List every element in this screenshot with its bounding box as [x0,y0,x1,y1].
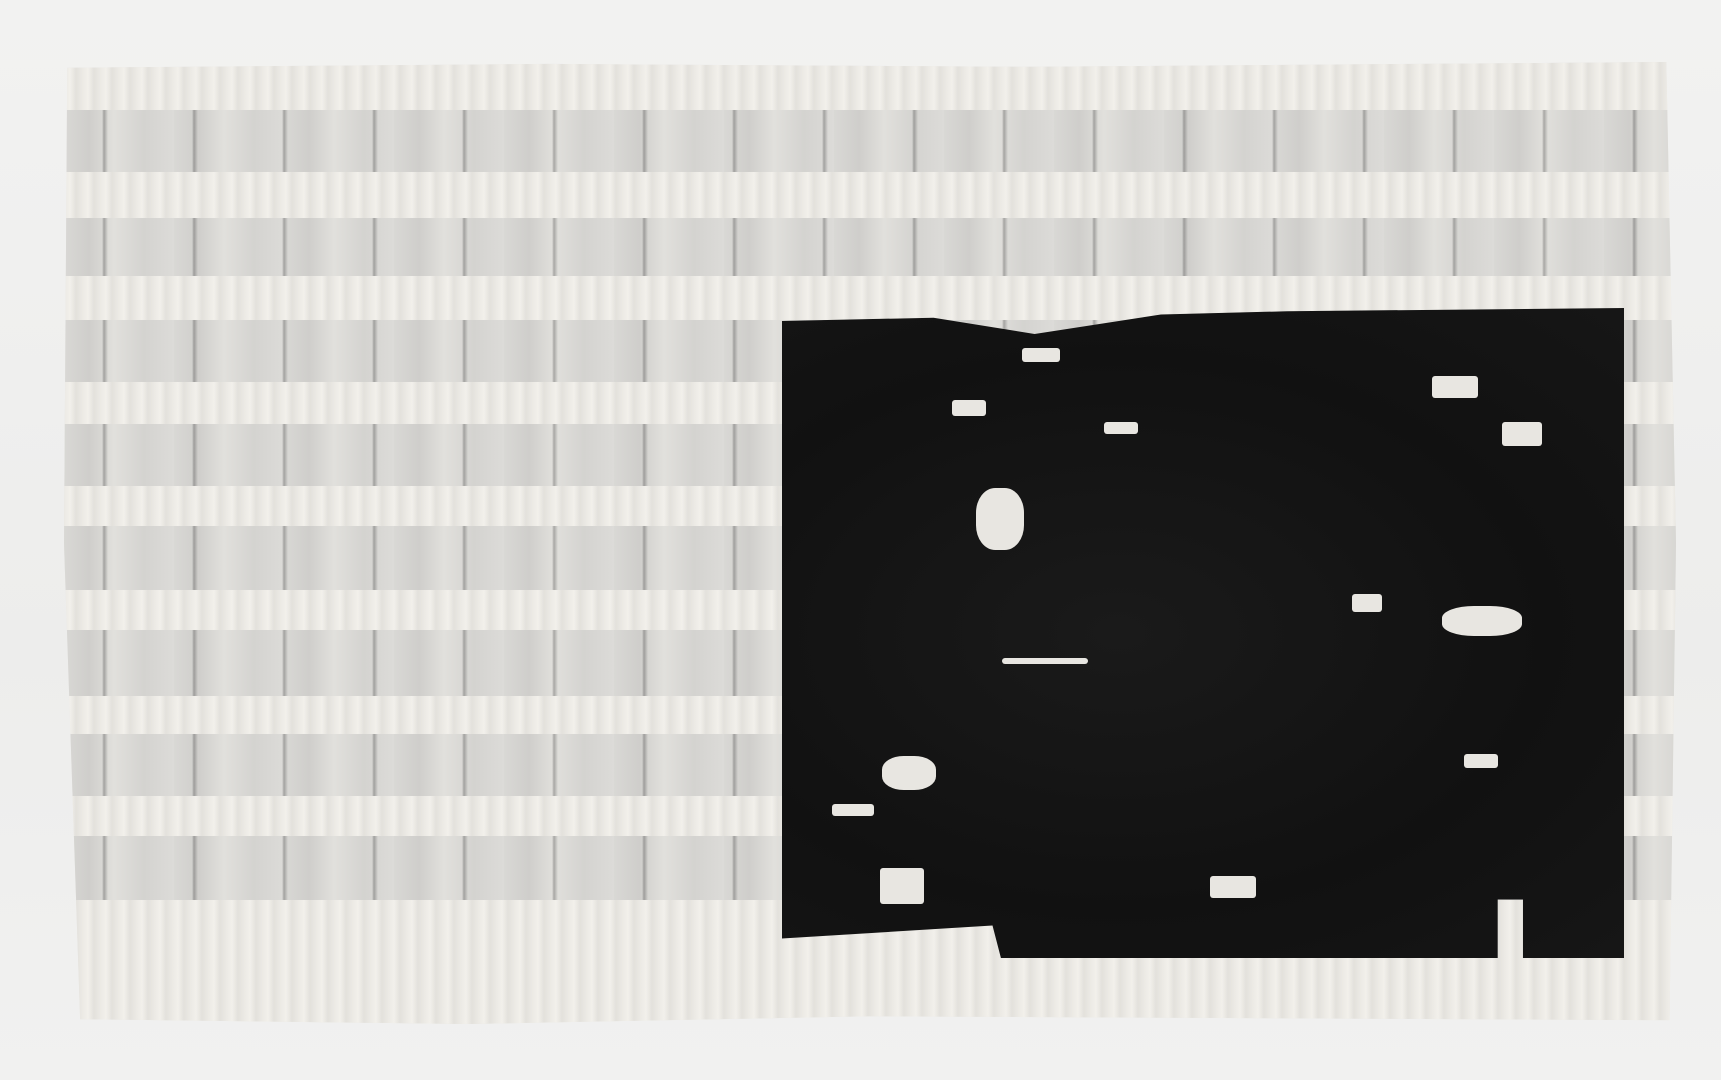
charcoal-band [64,110,1676,172]
torn-hole [952,400,986,416]
torn-hole [882,756,936,790]
torn-hole [1502,422,1542,446]
torn-hole [1432,376,1478,398]
torn-hole [1022,348,1060,362]
charcoal-band [64,218,1676,276]
black-fabric-panel [782,308,1624,958]
torn-hole [832,804,874,816]
plain-band [64,62,1676,110]
torn-hole [880,868,924,904]
torn-hole [1210,876,1256,898]
stitched-slit [1002,658,1088,664]
torn-hole [1104,422,1138,434]
torn-hole [1442,606,1522,636]
torn-hole [1352,594,1382,612]
plain-band [64,172,1676,218]
torn-hole [1464,754,1498,768]
torn-hole [976,488,1024,550]
